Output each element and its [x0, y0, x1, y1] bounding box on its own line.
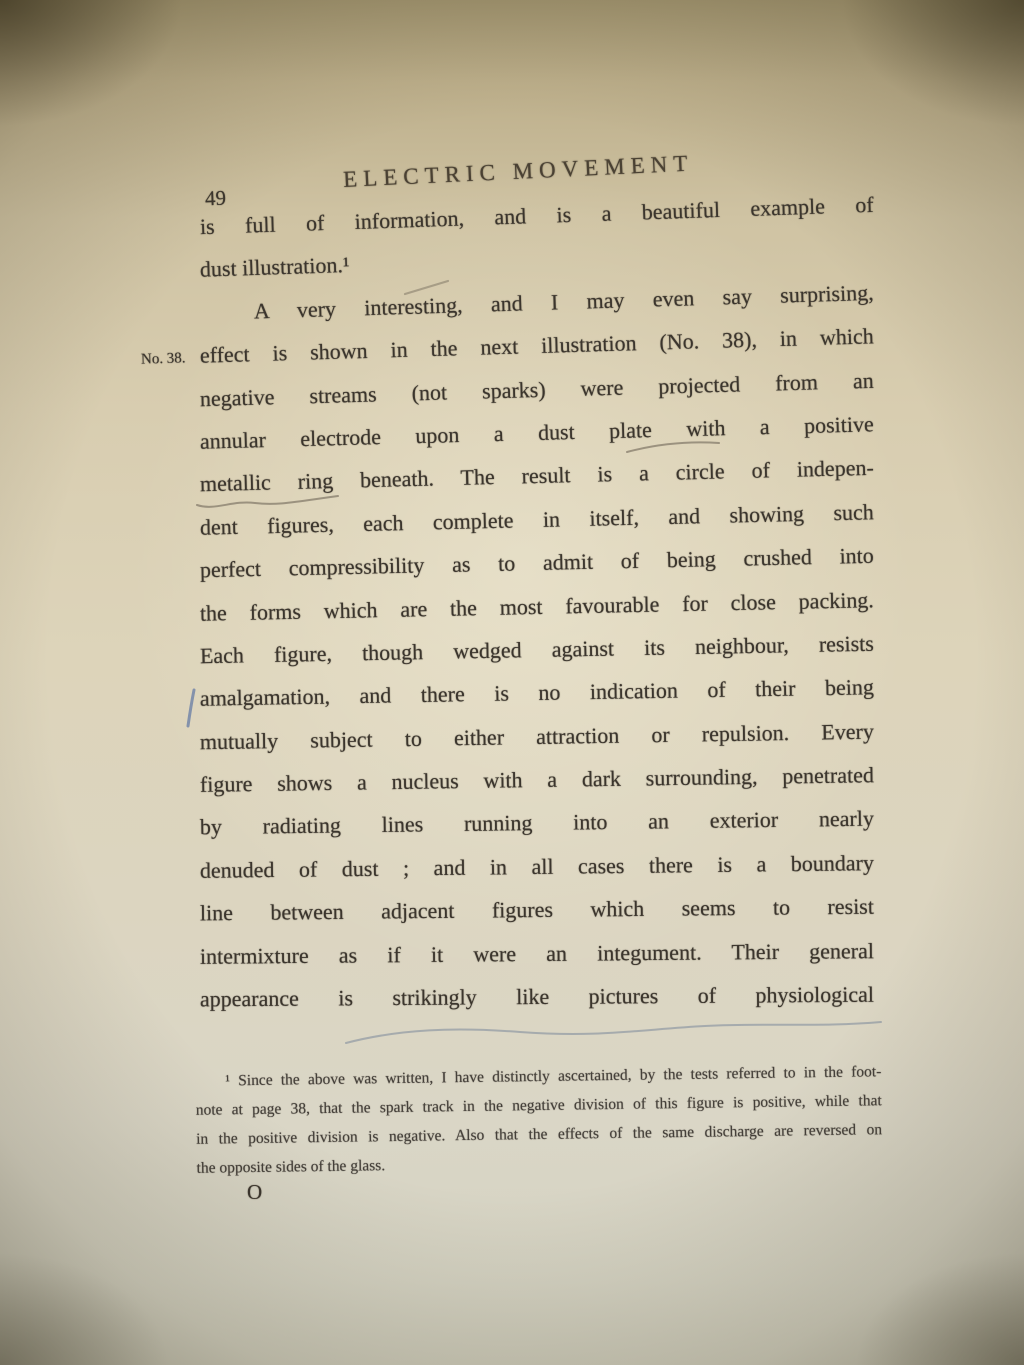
pen-margin-stroke — [188, 690, 194, 726]
text-line: denuded of dust ; and in all cases there… — [200, 848, 874, 899]
running-head-title: ELECTRIC MOVEMENT — [343, 149, 724, 193]
photographed-book-page: { "page": { "number": "49", "header_titl… — [0, 0, 1024, 1365]
signature-mark: O — [247, 1180, 262, 1205]
footnote: ¹ Since the above was written, I have di… — [195, 1061, 883, 1187]
text-line: intermixture as if it were an integument… — [200, 936, 874, 985]
margin-note: No. 38. — [141, 350, 186, 368]
text-line: appearance is strikingly like pictures o… — [200, 980, 874, 1028]
body-text-column: is full of information, and is a beautif… — [200, 201, 874, 1025]
text-line: line between adjacent figures which seem… — [200, 892, 874, 942]
